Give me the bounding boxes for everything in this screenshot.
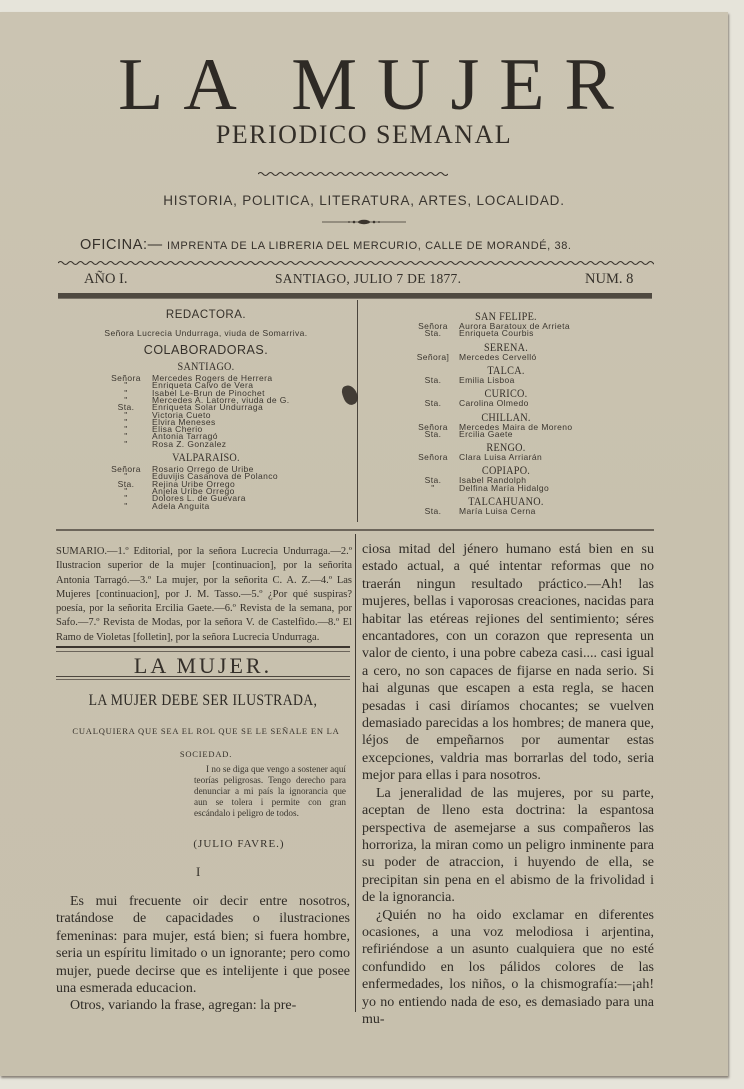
article-subtitle: CUALQUIERA QUE SEA EL ROL QUE SE LE SEÑA… (66, 720, 346, 766)
paragraph: Es mui frecuente oir decir entre nosotro… (56, 893, 350, 997)
masthead-title: LA MUJER (0, 48, 740, 122)
member-title: Señora (413, 453, 453, 462)
redactora-heading: REDACTORA. (56, 309, 356, 321)
member-name: Adela Anguita (152, 502, 210, 511)
member-name: Emilia Lisboa (459, 376, 515, 385)
section-rule-bottom (56, 676, 350, 680)
member-name: Delfina María Hidalgo (459, 484, 549, 493)
member-title: " (413, 484, 453, 493)
member-title: Sta. (413, 376, 453, 385)
redactora-name: Señora Lucrecia Undurraga, viuda de Soma… (56, 328, 356, 338)
newspaper-page: LA MUJER PERIODICO SEMANAL HISTORIA, POL… (0, 12, 728, 1076)
issue-number: NUM. 8 (585, 271, 633, 288)
paragraph: ciosa mitad del jénero humano está bien … (362, 541, 654, 785)
city-heading: SANTIAGO. (79, 359, 334, 374)
paragraph: ¿Quién no ha oido exclamar en diferentes… (362, 907, 654, 1029)
masthead-topics: HISTORIA, POLITICA, LITERATURA, ARTES, L… (0, 193, 728, 208)
member-title: Sta. (413, 329, 453, 338)
part-number: I (196, 864, 200, 880)
office-label: OFICINA:— (80, 237, 163, 253)
member-title: Sta. (413, 430, 453, 439)
issue-year: AÑO I. (84, 271, 128, 288)
section-rule-top (56, 646, 350, 652)
paragraph: La jeneralidad de las mujeres, por su pa… (362, 785, 654, 907)
article-body-right: ciosa mitad del jénero humano está bien … (362, 541, 654, 1028)
paragraph: Otros, variando la frase, agregan: la pr… (56, 997, 350, 1014)
member-name: Carolina Olmedo (459, 399, 529, 408)
office-text: IMPRENTA DE LA LIBRERIA DEL MERCURIO, CA… (167, 240, 572, 252)
article-body-left: Es mui frecuente oir decir entre nosotro… (56, 893, 350, 1015)
wave-divider-large (58, 260, 654, 266)
member-name: Rosa Z. Gonzalez (152, 440, 226, 449)
article-title: LA MUJER DEBE SER ILUSTRADA, (77, 692, 330, 710)
member-title: " (106, 502, 146, 511)
column-divider (355, 534, 356, 1012)
staff-column-divider (357, 300, 358, 522)
wave-divider-small (258, 171, 448, 177)
header-rule (58, 293, 652, 299)
member-title: Señora] (413, 353, 453, 362)
city-heading: VALPARAISO. (79, 450, 334, 465)
summary: SUMARIO.—1.º Editorial, por la señora Lu… (56, 545, 352, 645)
member-name: María Luisa Cerna (459, 507, 536, 516)
member-name: Enriqueta Courbis (459, 329, 534, 338)
issue-date: SANTIAGO, JULIO 7 DE 1877. (275, 271, 461, 287)
masthead-subtitle: PERIODICO SEMANAL (0, 120, 728, 150)
staff-bottom-rule (56, 529, 654, 531)
member-title: " (106, 440, 146, 449)
member-name: Ercilia Gaete (459, 430, 513, 439)
epigraph-author: (JULIO FAVRE.) (56, 838, 350, 850)
office-address: OFICINA:— IMPRENTA DE LA LIBRERIA DEL ME… (80, 237, 572, 253)
member-title: Sta. (413, 507, 453, 516)
epigraph: I no se diga que vengo a sostener aquí t… (194, 764, 346, 819)
colaboradoras-heading: COLABORADORAS. (56, 343, 356, 357)
ornament-divider (322, 218, 406, 226)
member-title: Sta. (413, 399, 453, 408)
member-name: Clara Luisa Arriarán (459, 453, 542, 462)
member-name: Mercedes Cervelló (459, 353, 537, 362)
